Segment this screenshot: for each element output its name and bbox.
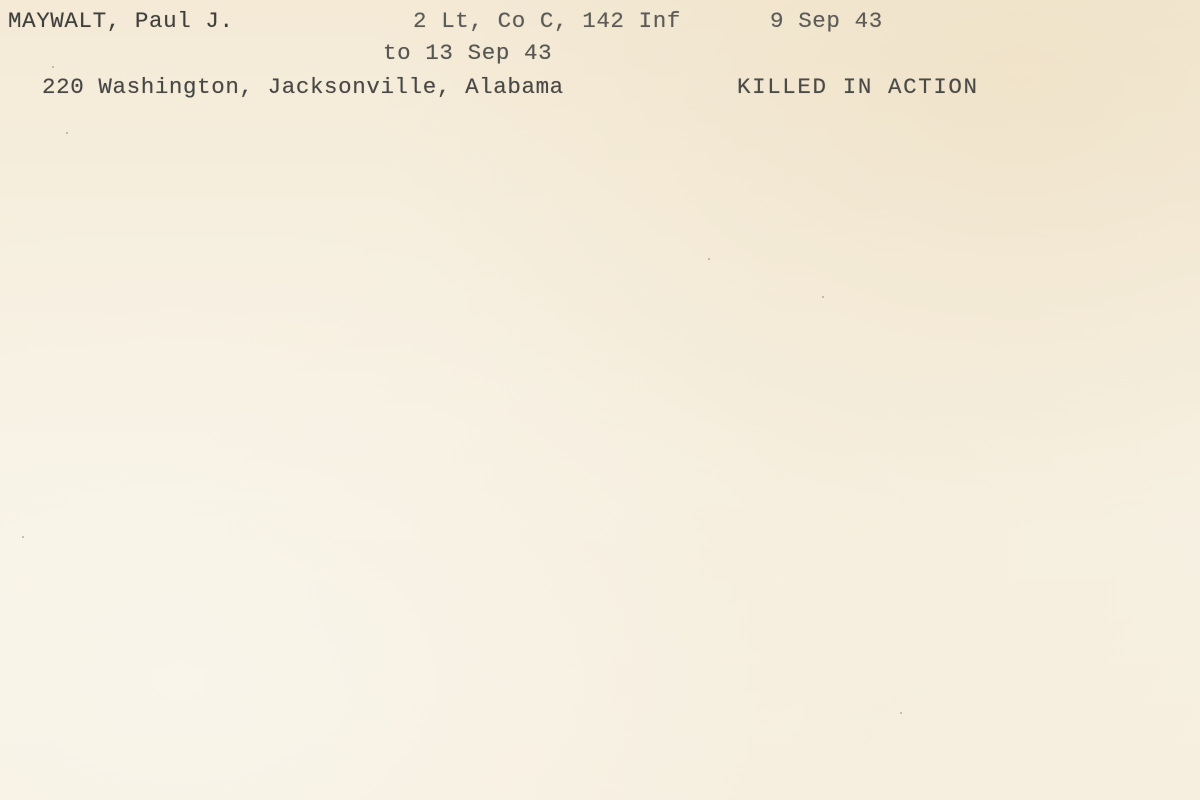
paper-speck: [22, 536, 24, 538]
paper-speck: [52, 66, 54, 68]
soldier-name: MAYWALT, Paul J.: [8, 10, 234, 33]
paper-speck: [900, 712, 902, 714]
casualty-status: KILLED IN ACTION: [737, 76, 979, 99]
date-to: to 13 Sep 43: [383, 42, 552, 65]
date-from: 9 Sep 43: [770, 10, 883, 33]
paper-speck: [822, 296, 824, 298]
paper-speck: [708, 258, 710, 260]
rank-unit: 2 Lt, Co C, 142 Inf: [413, 10, 681, 33]
casualty-index-card: MAYWALT, Paul J. 2 Lt, Co C, 142 Inf 9 S…: [0, 0, 1200, 800]
paper-speck: [66, 132, 68, 134]
home-address: 220 Washington, Jacksonville, Alabama: [42, 76, 564, 99]
